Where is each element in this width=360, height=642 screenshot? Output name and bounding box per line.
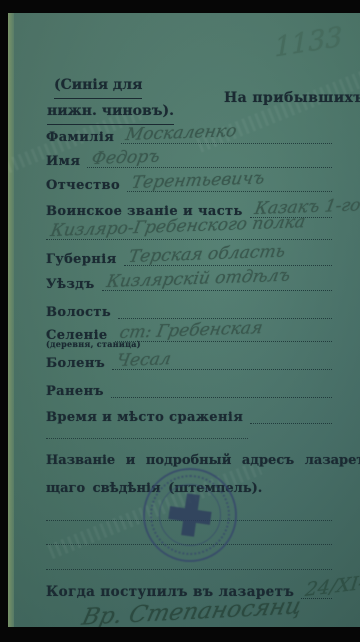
field-value: Федоръ xyxy=(90,147,161,169)
paper-edge xyxy=(8,13,14,627)
field-label: Уѣздъ xyxy=(46,278,95,291)
field-rule: Кизляро-Гребенского полка xyxy=(46,219,332,240)
field-value: ст: Гребенская xyxy=(118,318,264,343)
red-cross-icon xyxy=(166,491,213,538)
field-value: Кизлярскій отдѣлъ xyxy=(105,266,292,292)
field-row-district: Уѣздъ Кизлярскій отдѣлъ xyxy=(46,271,332,291)
header-right: На прибывшихъ. xyxy=(224,90,360,106)
corner-note: (Синія для нижн. чиновъ). xyxy=(54,73,174,125)
field-rule: Федоръ xyxy=(87,147,332,168)
field-value: Терская область xyxy=(127,242,287,267)
scanned-document: 1133 (Синія для нижн. чиновъ). На прибыв… xyxy=(0,0,360,642)
page-number: 1133 xyxy=(274,21,342,63)
field-label: Боленъ xyxy=(46,357,105,370)
field-rule: Кизлярскій отдѣлъ xyxy=(102,270,332,291)
field-rule: ст: Гребенская xyxy=(115,321,332,342)
field-value: Терентьевичъ xyxy=(130,168,266,193)
blank-rule xyxy=(46,428,248,439)
field-label: Время и мѣсто сраженія xyxy=(46,411,243,424)
field-row-governorate: Губернія Терская область xyxy=(46,246,332,266)
field-row-unit-continued: Кизляро-Гребенского полка xyxy=(46,220,332,240)
field-row-volost: Волость xyxy=(46,299,332,319)
lazaret-note-line1: Названіе и подробный адресъ лазарета, со… xyxy=(46,453,360,468)
field-label: Имя xyxy=(46,155,80,168)
field-rule: Терская область xyxy=(124,245,332,266)
field-rule: Москаленко xyxy=(121,123,332,144)
field-label: Фамилія xyxy=(46,131,114,144)
field-row-settlement: Селеніе (деревня, станица) ст: Гребенска… xyxy=(46,322,332,342)
corner-note-line1: (Синія для xyxy=(54,73,142,99)
field-label: Отчество xyxy=(46,179,120,192)
field-label: Раненъ xyxy=(46,385,104,398)
field-rule: Чесал xyxy=(112,349,332,370)
admission-date: 24/XI-1914 xyxy=(304,566,360,601)
field-row-firstname: Имя Федоръ xyxy=(46,148,332,168)
field-rule xyxy=(118,298,332,319)
field-value: Чесал xyxy=(115,349,173,371)
admission-rule: 24/XI-1914 xyxy=(301,578,332,599)
field-rule xyxy=(250,403,332,424)
field-row-surname: Фамилія Москаленко xyxy=(46,124,332,144)
field-rule: Терентьевичъ xyxy=(127,171,332,192)
hospital-stamp xyxy=(143,468,237,562)
field-rule xyxy=(111,377,332,398)
field-label: Губернія xyxy=(46,253,117,266)
field-row-wounded: Раненъ xyxy=(46,378,332,398)
field-row-sick: Боленъ Чесал xyxy=(46,350,332,370)
field-value: Москаленко xyxy=(124,121,238,145)
field-row-battle: Время и мѣсто сраженія xyxy=(46,404,332,424)
corner-note-line2: нижн. чиновъ). xyxy=(47,99,174,125)
hospital-admission-card: 1133 (Синія для нижн. чиновъ). На прибыв… xyxy=(8,13,360,627)
field-label: Волость xyxy=(46,306,111,319)
field-row-patronymic: Отчество Терентьевичъ xyxy=(46,172,332,192)
